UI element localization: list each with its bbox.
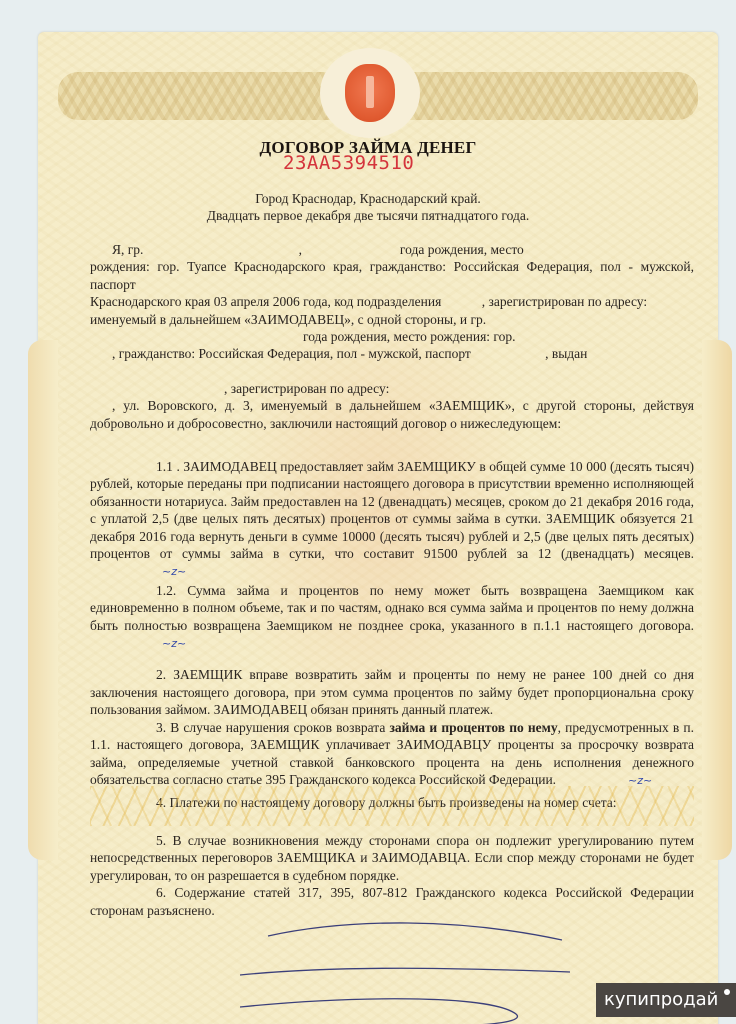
party1-line1: Я, гр. , года рождения, место <box>90 241 694 258</box>
watermark-dot-icon <box>724 989 730 995</box>
sheet-right-curl <box>702 340 732 860</box>
party2-line4: , ул. Воровского, д. 3, именуемый в даль… <box>90 397 694 432</box>
party2-line1: года рождения, место рождения: гор. <box>90 328 694 345</box>
initial-mark: ~z~ <box>96 635 186 652</box>
kupiprodai-watermark: купипродай <box>596 983 736 1017</box>
emblem-icon <box>345 64 395 122</box>
account-number-guilloche <box>90 786 694 826</box>
party1-line2: рождения: гор. Туапсе Краснодарского кра… <box>90 258 694 293</box>
clauses-section-2: 5. В случае возникновения между сторонам… <box>90 832 694 919</box>
notary-emblem <box>320 48 420 138</box>
parties-section: Я, гр. , года рождения, место рождения: … <box>90 241 694 432</box>
party2-line3: , зарегистрирован по адресу: <box>90 380 694 397</box>
city-line: Город Краснодар, Краснодарский край. <box>0 191 736 207</box>
party1-line4: именуемый в дальнейшем «ЗАИМОДАВЕЦ», с о… <box>90 311 694 328</box>
clause-2: 2. ЗАЕМЩИК вправе возвратить займ и проц… <box>90 666 694 718</box>
sheet-left-curl <box>28 340 58 860</box>
clause-5: 5. В случае возникновения между сторонам… <box>90 832 694 884</box>
signature-scribble <box>240 910 570 1024</box>
party2-line2: , гражданство: Российская Федерация, пол… <box>90 345 694 362</box>
clauses-section: 1.1 . ЗАИМОДАВЕЦ предоставляет займ ЗАЕМ… <box>90 458 694 812</box>
initial-mark: ~z~ <box>96 563 186 580</box>
date-line: Двадцать первое декабря две тысячи пятна… <box>0 208 736 224</box>
party1-line3: Краснодарского края 03 апреля 2006 года,… <box>90 293 694 310</box>
clause-1-2: 1.2. Сумма займа и процентов по нему мож… <box>90 582 694 653</box>
clause-3: 3. В случае нарушения сроков возврата за… <box>90 719 694 790</box>
serial-number: 23АА5394510 <box>283 152 414 174</box>
clause-1-1: 1.1 . ЗАИМОДАВЕЦ предоставляет займ ЗАЕМ… <box>90 458 694 581</box>
